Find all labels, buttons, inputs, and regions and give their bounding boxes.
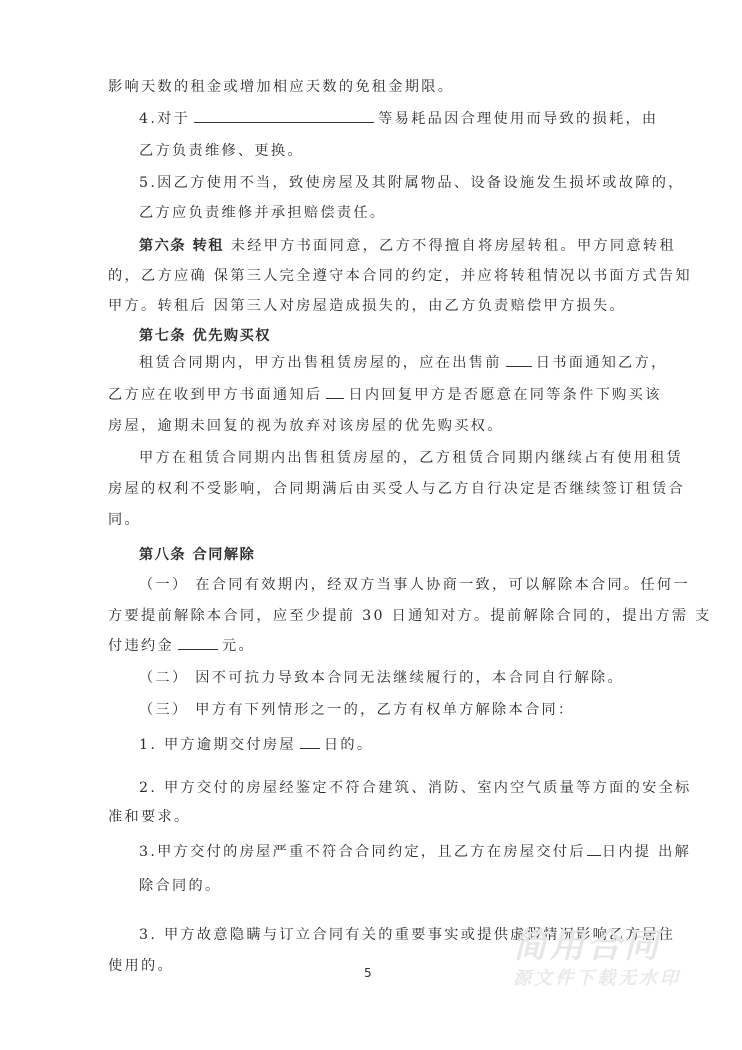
paragraph-line: 1. 甲方逾期交付房屋日的。	[139, 735, 373, 755]
fill-blank[interactable]	[178, 637, 218, 650]
paragraph-line: 使用的。	[108, 956, 174, 976]
paragraph-line: 除合同的。	[139, 876, 221, 896]
fill-blank[interactable]	[326, 386, 344, 399]
paragraph-line: 5.因乙方使用不当，致使房屋及其附属物品、设备设施发生损坏或故障的，	[139, 173, 685, 193]
paragraph-line: 同。	[108, 510, 141, 530]
paragraph-line: （三） 甲方有下列情形之一的，乙方有权单方解除本合同：	[139, 700, 575, 720]
article-heading: 第八条 合同解除	[139, 545, 255, 565]
document-page: 影响天数的租金或增加相应天数的免租金期限。 4.对于等易耗品因合理使用而导致的损…	[0, 0, 742, 1050]
fill-blank[interactable]	[506, 354, 532, 367]
paragraph-line: 乙方负责维修、更换。	[139, 141, 304, 161]
paragraph-line: 房屋的权利不受影响，合同期满后由买受人与乙方自行决定是否继续签订租赁合	[108, 479, 685, 499]
paragraph-line: 第六条 转租 未经甲方书面同意，乙方不得擅自将房屋转租。甲方同意转租	[139, 236, 676, 256]
paragraph-line: 3.甲方交付的房屋严重不符合合同约定，且乙方在房屋交付后日内提 出解	[139, 842, 691, 862]
article-heading: 第六条 转租	[139, 238, 224, 254]
paragraph-line: 2. 甲方交付的房屋经鉴定不符合建筑、消防、室内空气质量等方面的安全标	[139, 778, 692, 798]
paragraph-line: 方要提前解除本合同，应至少提前 30 日通知对方。提前解除合同的，提出方需 支	[108, 606, 712, 626]
paragraph-line: （一） 在合同有效期内，经双方当事人协商一致，可以解除本合同。任何一	[139, 575, 690, 595]
paragraph-line: 乙方应负责维修并承担赔偿责任。	[139, 203, 386, 223]
paragraph-line: 租赁合同期内，甲方出售租赁房屋的，应在出售前日书面通知乙方，	[139, 353, 668, 373]
paragraph-line: 房屋，逾期未回复的视为放弃对该房屋的优先购买权。	[108, 416, 504, 436]
paragraph-line: 甲方。转租后 因第三人对房屋造成损失的，由乙方负责赔偿甲方损失。	[108, 296, 626, 316]
paragraph-line: 乙方应在收到甲方书面通知后日内回复甲方是否愿意在同等条件下购买该	[108, 385, 662, 405]
paragraph-line: 付违约金元。	[108, 636, 255, 656]
paragraph-line: 准和要求。	[108, 807, 190, 827]
paragraph-line: 甲方在租赁合同期内出售租赁房屋的，乙方租赁合同期内继续占有使用租赁	[139, 448, 683, 468]
fill-blank[interactable]	[194, 110, 374, 123]
watermark-title: 简用合同	[513, 918, 661, 967]
paragraph-line: 的，乙方应确 保第三人完全遵守本合同的约定，并应将转租情况以书面方式告知	[108, 266, 692, 286]
watermark-subtitle: 源文件下载无水印	[513, 964, 681, 990]
paragraph-line: 影响天数的租金或增加相应天数的免租金期限。	[108, 77, 454, 97]
page-number: 5	[364, 966, 372, 980]
paragraph-line: 4.对于等易耗品因合理使用而导致的损耗，由	[139, 109, 658, 129]
article-heading: 第七条 优先购买权	[139, 326, 271, 346]
paragraph-line: （二） 因不可抗力导致本合同无法继续履行的，本合同自行解除。	[139, 668, 624, 688]
fill-blank[interactable]	[300, 736, 320, 749]
fill-blank[interactable]	[587, 843, 601, 856]
